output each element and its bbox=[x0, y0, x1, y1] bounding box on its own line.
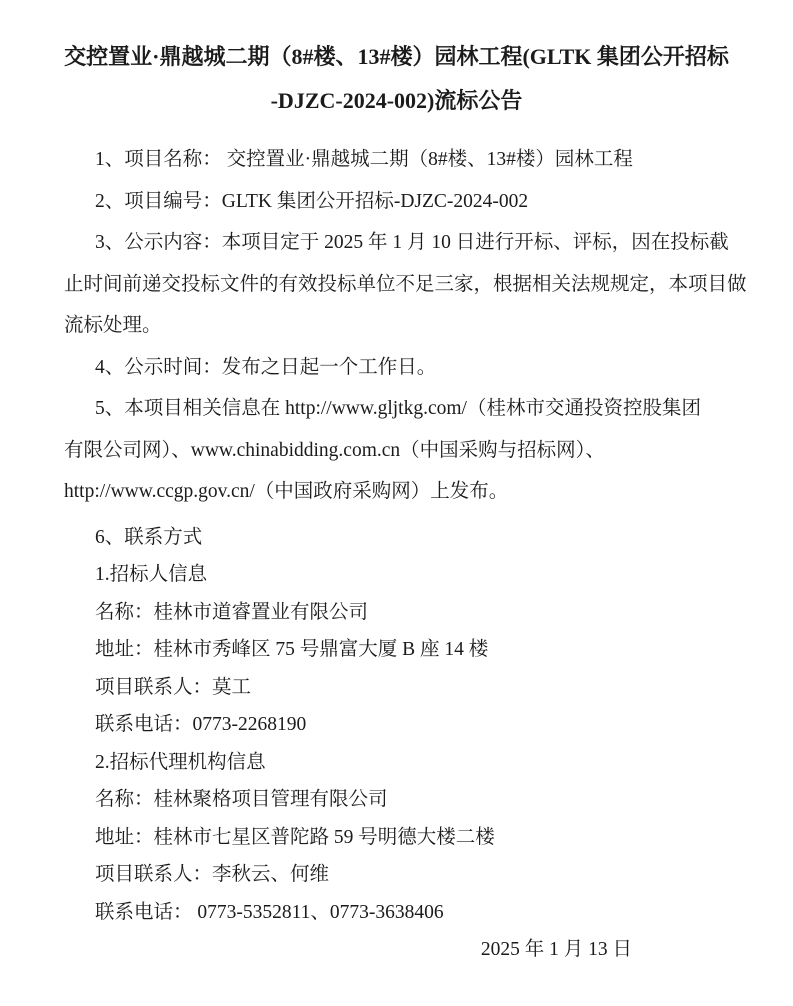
info-publish-line-3: http://www.ccgp.gov.cn/（中国政府采购网）上发布。 bbox=[64, 471, 745, 513]
tenderee-contact-person-line: 项目联系人：莫工 bbox=[64, 669, 745, 707]
notice-content-line-3: 流标处理。 bbox=[64, 305, 745, 347]
tenderee-info-heading: 1.招标人信息 bbox=[64, 556, 745, 594]
tenderee-name-line: 名称：桂林市道睿置业有限公司 bbox=[64, 594, 745, 632]
tenderee-phone-line: 联系电话：0773-2268190 bbox=[64, 706, 745, 744]
document-title-line-1: 交控置业·鼎越城二期（8#楼、13#楼）园林工程(GLTK 集团公开招标 bbox=[0, 35, 793, 79]
info-publish-line-1: 5、本项目相关信息在 http://www.gljtkg.com/（桂林市交通投… bbox=[64, 388, 745, 430]
document-title-line-2: -DJZC-2024-002)流标公告 bbox=[0, 79, 793, 123]
info-publish-line-2: 有限公司网）、www.chinabidding.com.cn（中国采购与招标网）… bbox=[64, 430, 745, 472]
project-number-line: 2、项目编号：GLTK 集团公开招标-DJZC-2024-002 bbox=[64, 181, 745, 223]
contact-section: 6、联系方式 1.招标人信息 名称：桂林市道睿置业有限公司 地址：桂林市秀峰区 … bbox=[64, 519, 745, 969]
contact-section-heading: 6、联系方式 bbox=[64, 519, 745, 557]
document-body: 1、项目名称： 交控置业·鼎越城二期（8#楼、13#楼）园林工程 2、项目编号：… bbox=[0, 139, 793, 969]
project-name-line: 1、项目名称： 交控置业·鼎越城二期（8#楼、13#楼）园林工程 bbox=[64, 139, 745, 181]
agency-contact-person-line: 项目联系人：李秋云、何维 bbox=[64, 856, 745, 894]
notice-period-line: 4、公示时间：发布之日起一个工作日。 bbox=[64, 347, 745, 389]
agency-name-line: 名称：桂林聚格项目管理有限公司 bbox=[64, 781, 745, 819]
announcement-date: 2025 年 1 月 13 日 bbox=[64, 931, 745, 969]
document-title: 交控置业·鼎越城二期（8#楼、13#楼）园林工程(GLTK 集团公开招标 -DJ… bbox=[0, 0, 793, 123]
notice-content-line-2: 止时间前递交投标文件的有效投标单位不足三家，根据相关法规规定，本项目做 bbox=[64, 264, 745, 306]
agency-address-line: 地址：桂林市七星区普陀路 59 号明德大楼二楼 bbox=[64, 819, 745, 857]
announcement-section: 1、项目名称： 交控置业·鼎越城二期（8#楼、13#楼）园林工程 2、项目编号：… bbox=[64, 139, 745, 513]
agency-info-heading: 2.招标代理机构信息 bbox=[64, 744, 745, 782]
document-page: 交控置业·鼎越城二期（8#楼、13#楼）园林工程(GLTK 集团公开招标 -DJ… bbox=[0, 0, 793, 1006]
agency-phone-line: 联系电话： 0773-5352811、0773-3638406 bbox=[64, 894, 745, 932]
notice-content-line-1: 3、公示内容：本项目定于 2025 年 1 月 10 日进行开标、评标，因在投标… bbox=[64, 222, 745, 264]
tenderee-address-line: 地址：桂林市秀峰区 75 号鼎富大厦 B 座 14 楼 bbox=[64, 631, 745, 669]
